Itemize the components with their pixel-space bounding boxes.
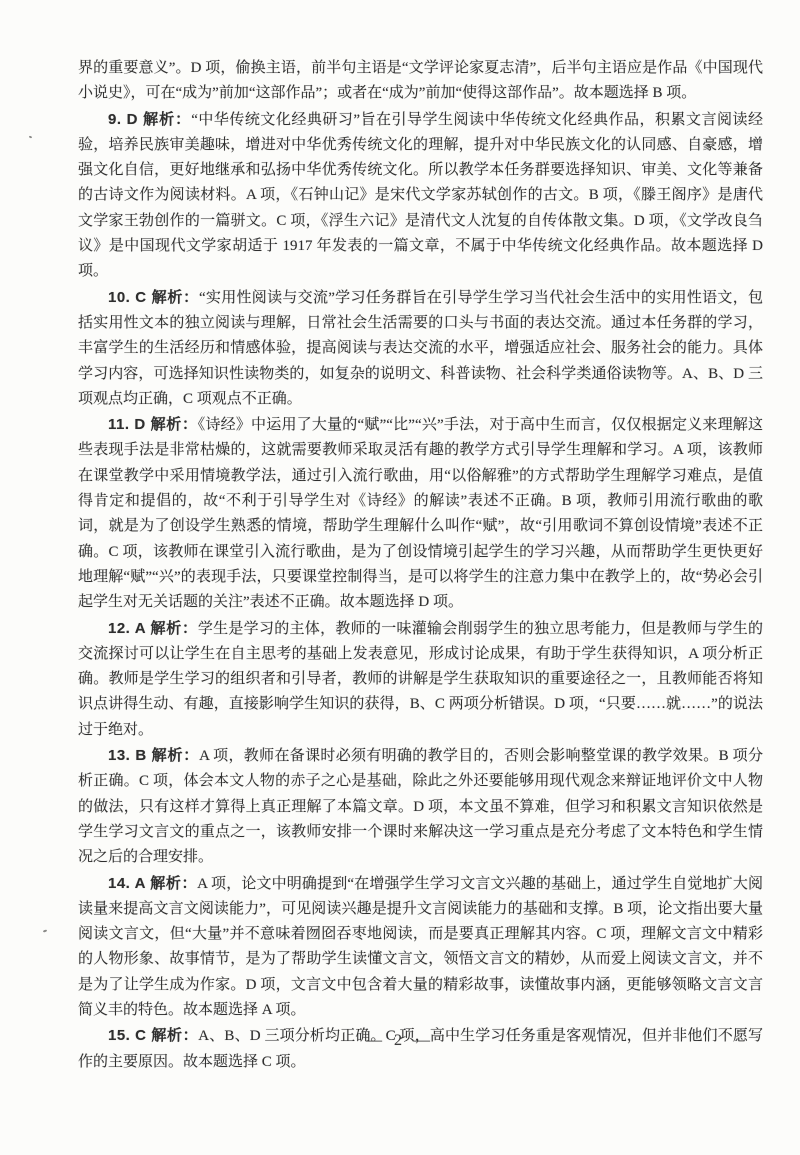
item-answer-prefix: 9. D 解析： [108,111,191,128]
page-number: — 2 — [0,1032,800,1050]
item-answer-prefix: 13. B 解析： [108,747,199,764]
scanned-page: 界的重要意义”。D 项，偷换主语，前半句主语是“文学评论家夏志清”，后半句主语应… [0,0,800,1155]
item-answer-prefix: 14. A 解析： [108,875,197,892]
item-explanation-text: 学生是学习的主体，教师的一味灌输会削弱学生的独立思考能力，但是教师与学生的交流探… [78,621,763,738]
explanation-item: 11. D 解析：《诗经》中运用了大量的“赋”“比”“兴”手法，对于高中生而言，… [78,412,763,615]
explanation-item: 9. D 解析：“中华传统文化经典研习”旨在引导学生阅读中华传统文化经典作品，积… [78,107,763,285]
item-explanation-text: “中华传统文化经典研习”旨在引导学生阅读中华传统文化经典作品，积累文言阅读经验，… [78,112,763,280]
scan-speck [29,135,33,138]
answer-explanations: 界的重要意义”。D 项，偷换主语，前半句主语是“文学评论家夏志清”，后半句主语应… [78,56,763,1075]
item-explanation-text: “实用性阅读与交流”学习任务群旨在引导学生学习当代社会生活中的实用性语文，包括实… [78,290,763,407]
item-explanation-text: 《诗经》中运用了大量的“赋”“比”“兴”手法，对于高中生而言，仅仅根据定义来理解… [78,417,763,610]
item-answer-prefix: 11. D 解析： [108,416,198,433]
item-answer-prefix: 12. A 解析： [108,620,198,637]
scan-speck [43,929,47,932]
explanation-item: 13. B 解析：A 项，教师在备课时必须有明确的教学目的，否则会影响整堂课的教… [78,743,763,870]
continuation-paragraph: 界的重要意义”。D 项，偷换主语，前半句主语是“文学评论家夏志清”，后半句主语应… [78,56,763,107]
explanation-item: 14. A 解析：A 项，论文中明确提到“在增强学生学习文言文兴趣的基础上，通过… [78,871,763,1024]
item-explanation-text: A 项，教师在备课时必须有明确的教学目的，否则会影响整堂课的教学效果。B 项分析… [78,748,763,865]
explanation-item: 10. C 解析：“实用性阅读与交流”学习任务群旨在引导学生学习当代社会生活中的… [78,285,763,412]
item-answer-prefix: 10. C 解析： [108,289,199,306]
item-explanation-text: 界的重要意义”。D 项，偷换主语，前半句主语是“文学评论家夏志清”，后半句主语应… [78,60,763,101]
explanation-item: 12. A 解析：学生是学习的主体，教师的一味灌输会削弱学生的独立思考能力，但是… [78,616,763,743]
item-explanation-text: A 项，论文中明确提到“在增强学生学习文言文兴趣的基础上，通过学生自觉地扩大阅读… [78,876,763,1018]
